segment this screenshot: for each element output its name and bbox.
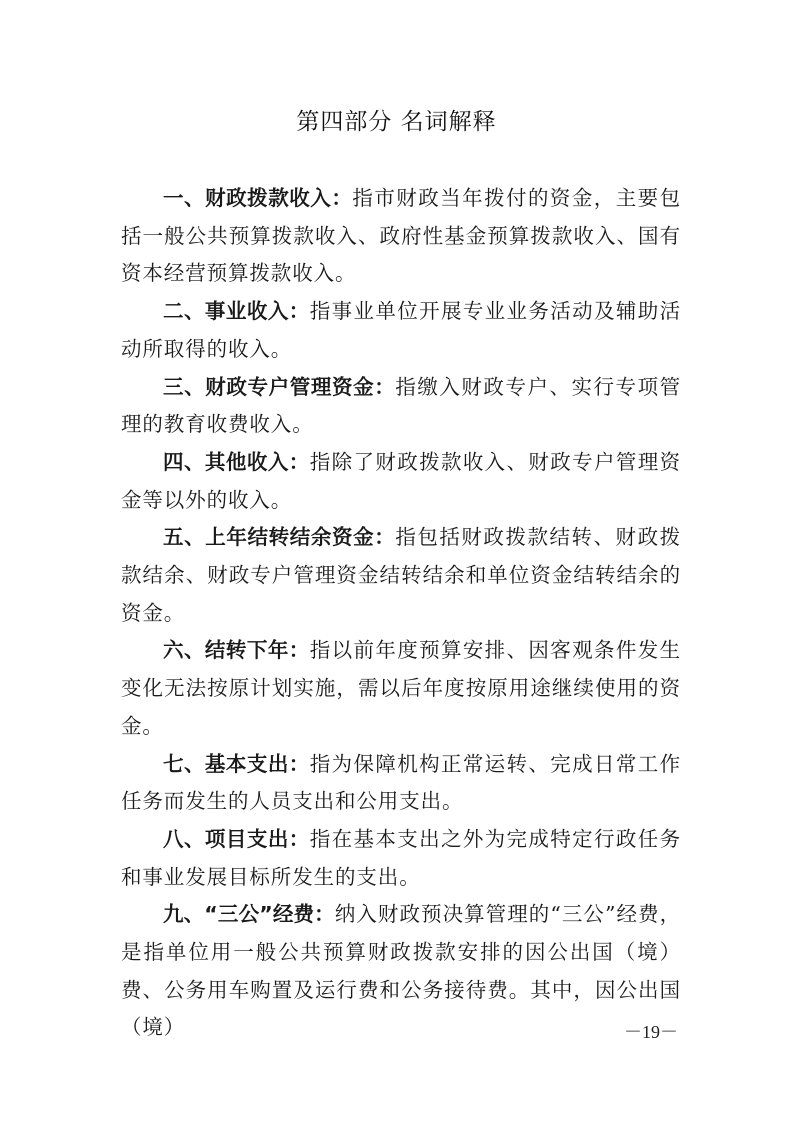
definition-special-account-funds: 三、财政专户管理资金：指缴入财政专户、实行专项管理的教育收费收入。 xyxy=(121,369,681,444)
definition-term: 八、项目支出： xyxy=(163,827,310,851)
page-number: －19－ xyxy=(624,1018,678,1044)
definition-prior-year-carryover: 五、上年结转结余资金：指包括财政拨款结转、财政拨款结余、财政专户管理资金结转结余… xyxy=(121,519,681,632)
definition-project-expenditure: 八、项目支出：指在基本支出之外为完成特定行政任务和事业发展目标所发生的支出。 xyxy=(121,821,681,896)
definition-three-public-expenses: 九、“三公”经费：纳入财政预决算管理的“三公”经费，是指单位用一般公共预算财政拨… xyxy=(121,896,681,1047)
definition-term: 三、财政专户管理资金： xyxy=(163,375,395,399)
definition-term: 一、财政拨款收入： xyxy=(163,186,352,210)
definition-business-income: 二、事业收入：指事业单位开展专业业务活动及辅助活动所取得的收入。 xyxy=(121,293,681,368)
definition-term: 九、“三公”经费： xyxy=(163,902,335,926)
definition-carry-to-next-year: 六、结转下年：指以前年度预算安排、因客观条件发生变化无法按原计划实施，需以后年度… xyxy=(121,632,681,745)
definition-term: 五、上年结转结余资金： xyxy=(163,525,395,549)
definition-term: 二、事业收入： xyxy=(163,299,310,323)
definitions-list: 一、财政拨款收入：指市财政当年拨付的资金，主要包括一般公共预算拨款收入、政府性基… xyxy=(121,180,681,1047)
definition-fiscal-appropriation-income: 一、财政拨款收入：指市财政当年拨付的资金，主要包括一般公共预算拨款收入、政府性基… xyxy=(121,180,681,293)
definition-term: 四、其他收入： xyxy=(163,450,310,474)
definition-term: 六、结转下年： xyxy=(163,638,310,662)
definition-basic-expenditure: 七、基本支出：指为保障机构正常运转、完成日常工作任务而发生的人员支出和公用支出。 xyxy=(121,746,681,821)
page-title: 第四部分 名词解释 xyxy=(0,103,793,136)
definition-term: 七、基本支出： xyxy=(163,752,310,776)
definition-other-income: 四、其他收入：指除了财政拨款收入、财政专户管理资金等以外的收入。 xyxy=(121,444,681,519)
